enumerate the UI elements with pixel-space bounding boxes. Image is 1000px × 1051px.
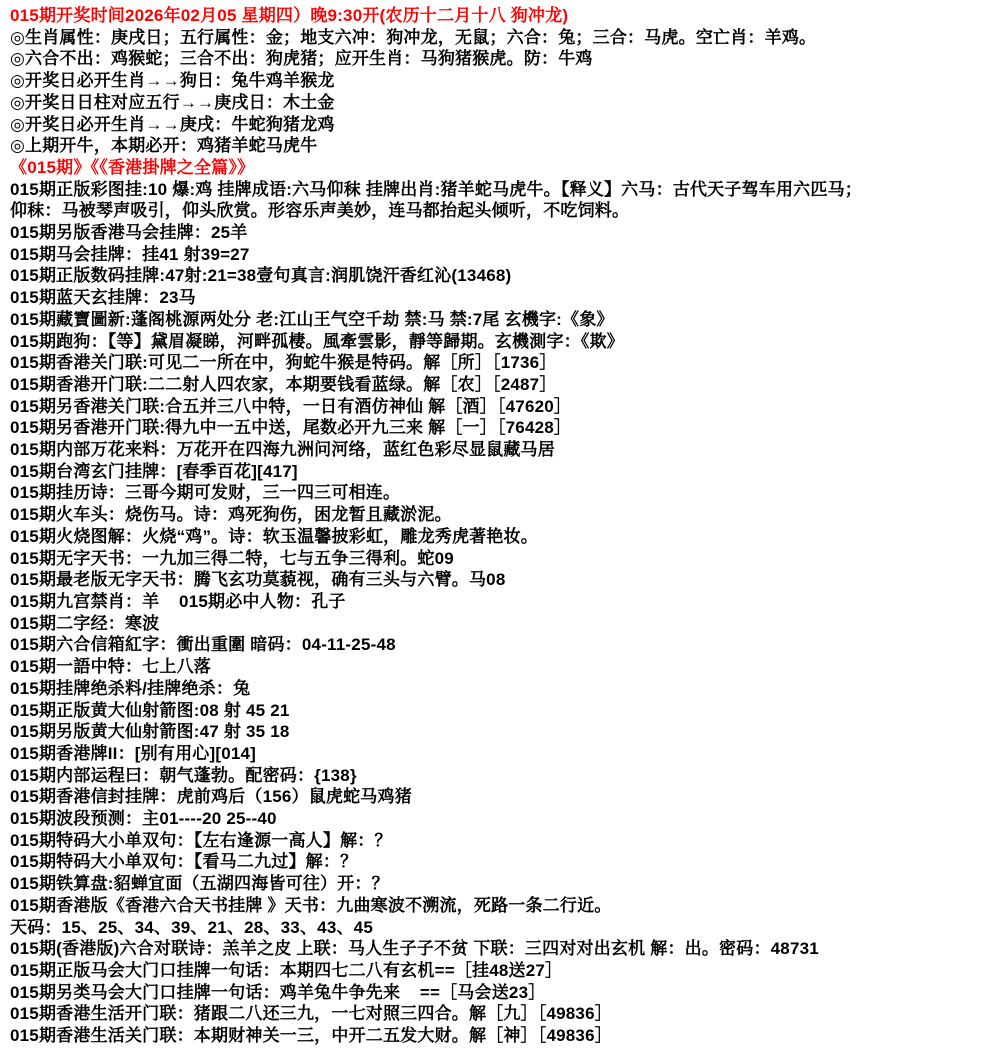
text-line: 015期火车头：烧伤马。诗：鸡死狗伤，困龙暂且藏淤泥。 [10,504,992,526]
text-line: 015期二字经：寒波 [10,613,992,635]
text-line: 015期最老版无字天书：腾飞玄功莫藐视，确有三头与六臂。马08 [10,569,992,591]
text-line: 015期内部运程曰：朝气蓬勃。配密码：{138} [10,765,992,787]
text-line: 015期内部万花来料：万花开在四海九洲问河络，蓝红色彩尽显鼠藏马居 [10,439,992,461]
text-line: 015期波段预测：主01----20 25--40 [10,808,992,830]
text-lines-container: 015期开奖时间2026年02月05 星期四）晚9:30开(农历十二月十八 狗冲… [10,5,992,1047]
text-line: 仰秣：马被琴声吸引，仰头欣赏。形容乐声美妙，连马都抬起头倾听，不吃饲料。 [10,200,992,222]
text-line: 015期另香港开门联:得九中一五中送，尾数必开九三来 解［一］［76428］ [10,417,992,439]
text-line: 天码：15、25、34、39、21、28、33、43、45 [10,917,992,939]
text-line: 015期另香港关门联:合五并三八中特，一日有酒仿神仙 解［酒］［47620］ [10,396,992,418]
text-line: 015期蓝天玄挂牌：23马 [10,287,992,309]
text-line: ◎生肖属性：庚戌日；五行属性：金；地支六冲：狗冲龙，无鼠；六合：兔；三合：马虎。… [10,27,992,49]
text-line: 015期正版数码挂牌:47射:21=38壹句真言:润肌饶汗香红沁(13468) [10,265,992,287]
text-line: 015期另版黄大仙射箭图:47 射 35 18 [10,721,992,743]
text-line: ◎开奖日必开生肖→→庚戌：牛蛇狗猪龙鸡 [10,114,992,136]
text-line: ◎开奖日日柱对应五行→→庚戌日：木土金 [10,92,992,114]
text-line: 015期正版黄大仙射箭图:08 射 45 21 [10,700,992,722]
text-line: 015期马会挂牌：挂41 射39=27 [10,244,992,266]
text-line: 015期香港信封挂牌：虎前鸡后（156）鼠虎蛇马鸡猪 [10,786,992,808]
text-line: ◎上期开牛，本期必开：鸡猪羊蛇马虎牛 [10,135,992,157]
text-line: 015期香港生活关门联：本期财神关一三，中开二五发大财。解［神］［49836］ [10,1025,992,1047]
text-line: 015期香港版《香港六合天书挂牌 》天书：九曲寒波不溯流，死路一条二行近。 [10,895,992,917]
lottery-info-page: 015期开奖时间2026年02月05 星期四）晚9:30开(农历十二月十八 狗冲… [0,0,1000,1047]
text-line: ◎开奖日必开生肖→→狗日：兔牛鸡羊猴龙 [10,70,992,92]
text-line: 015期另类马会大门口挂牌一句话：鸡羊兔牛争先来 ==［马会送23］ [10,982,992,1004]
text-line: 015期铁算盘:貂蝉宜面（五湖四海皆可往）开：？ [10,873,992,895]
text-line: 015期另版香港马会挂牌：25羊 [10,222,992,244]
text-line: 015期特码大小单双句：【左右逢源一高人】解：？ [10,830,992,852]
text-line: ◎六合不出：鸡猴蛇；三合不出：狗虎猪；应开生肖：马狗猪猴虎。防：牛鸡 [10,48,992,70]
text-line: 015期挂牌绝杀料/挂牌绝杀：兔 [10,678,992,700]
text-line: 015期九宫禁肖：羊 015期必中人物：孔子 [10,591,992,613]
text-line: 015期六合信箱紅字：衝出重圍 暗码：04-11-25-48 [10,634,992,656]
text-line: 015期开奖时间2026年02月05 星期四）晚9:30开(农历十二月十八 狗冲… [10,5,992,27]
text-line: 015期无字天书：一九加三得二特，七与五争三得利。蛇09 [10,548,992,570]
text-line: 015期(香港版)六合对联诗：羔羊之皮 上联：马人生子子不贫 下联：三四对对出玄… [10,938,992,960]
text-line: 015期火烧图解：火烧“鸡”。诗：软玉温馨披彩虹，雕龙秀虎著艳妆。 [10,526,992,548]
text-line: 015期香港牌II：[别有用心][014] [10,743,992,765]
text-line: 015期香港开门联:二二射人四农家，本期要钱看蓝绿。解［农］［2487］ [10,374,992,396]
text-line: 015期藏寶圖新:蓬阁桃源两处分 老:江山王气空千劫 禁:马 禁:7尾 玄機字:… [10,309,992,331]
text-line: 015期特码大小单双句：【看马二九过】解：？ [10,851,992,873]
text-line: 015期一語中特：七上八落 [10,656,992,678]
text-line: 015期香港关门联:可见二一所在中，狗蛇牛猴是特码。解［所］［1736］ [10,352,992,374]
text-line: 《015期》《《香港掛牌之全篇》》 [10,157,992,179]
text-line: 015期挂历诗：三哥今期可发财，三一四三可相连。 [10,482,992,504]
text-line: 015期台湾玄门挂牌：[春季百花][417] [10,461,992,483]
text-line: 015期正版马会大门口挂牌一句话：本期四七二八有玄机==［挂48送27］ [10,960,992,982]
text-line: 015期正版彩图挂:10 爆:鸡 挂牌成语:六马仰秣 挂牌出肖:猪羊蛇马虎牛。【… [10,179,992,201]
text-line: 015期香港生活开门联：猪跟二八还三九，一七对照三四合。解［九］［49836］ [10,1003,992,1025]
text-line: 015期跑狗：【等】黛眉凝睇，河畔孤棲。風牽雲影，靜等歸期。玄機測字：《欺》 [10,331,992,353]
